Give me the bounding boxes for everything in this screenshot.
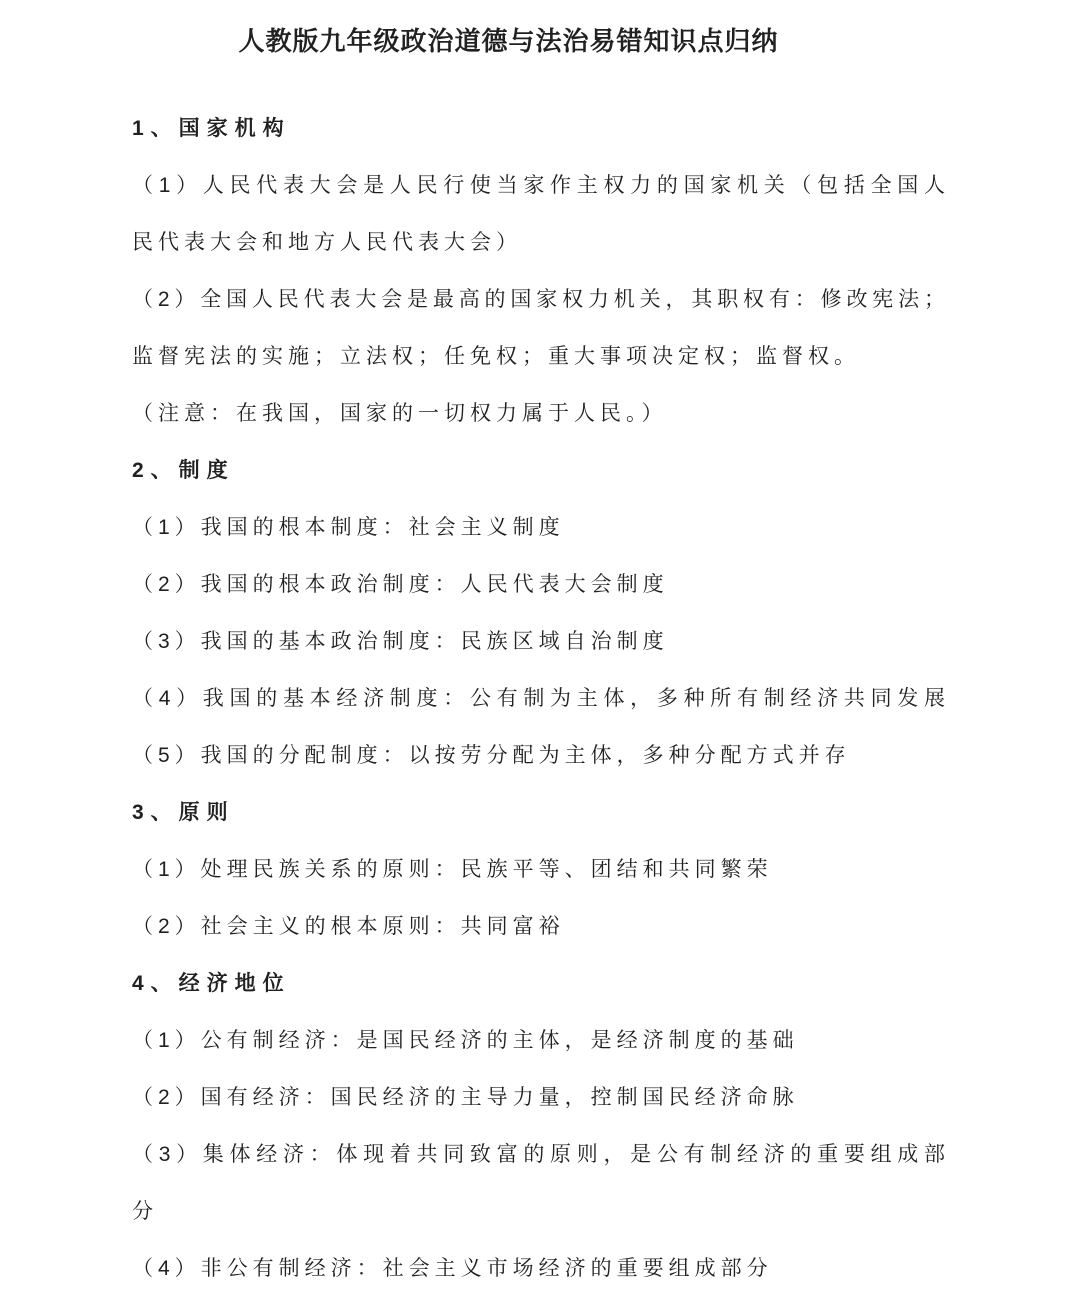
- doc-body: 1、国家机构 （1）人民代表大会是人民行使当家作主权力的国家机关（包括全国人 民…: [132, 100, 947, 1296]
- doc-line: （2）国有经济：国民经济的主导力量，控制国民经济命脉: [132, 1069, 947, 1126]
- document-page: 人教版九年级政治道德与法治易错知识点归纳 1、国家机构 （1）人民代表大会是人民…: [0, 0, 1079, 1296]
- doc-line: （1）我国的根本制度：社会主义制度: [132, 499, 947, 556]
- doc-line: 监督宪法的实施；立法权；任免权；重大事项决定权；监督权。: [132, 328, 947, 385]
- section-heading-2: 2、制度: [132, 442, 947, 499]
- doc-line: （2）社会主义的根本原则：共同富裕: [132, 898, 947, 955]
- doc-line: （1）处理民族关系的原则：民族平等、团结和共同繁荣: [132, 841, 947, 898]
- doc-line: （4）我国的基本经济制度：公有制为主体，多种所有制经济共同发展: [132, 670, 947, 727]
- doc-line: （1）人民代表大会是人民行使当家作主权力的国家机关（包括全国人: [132, 157, 947, 214]
- doc-line: （2）我国的根本政治制度：人民代表大会制度: [132, 556, 947, 613]
- doc-line: 民代表大会和地方人民代表大会）: [132, 214, 947, 271]
- doc-line: 分: [132, 1183, 947, 1240]
- section-heading-3: 3、原则: [132, 784, 947, 841]
- section-heading-1: 1、国家机构: [132, 100, 947, 157]
- doc-line: （3）集体经济：体现着共同致富的原则，是公有制经济的重要组成部: [132, 1126, 947, 1183]
- doc-line: （2）全国人民代表大会是最高的国家权力机关，其职权有：修改宪法；: [132, 271, 947, 328]
- doc-line: （1）公有制经济：是国民经济的主体，是经济制度的基础: [132, 1012, 947, 1069]
- doc-line: （4）非公有制经济：社会主义市场经济的重要组成部分: [132, 1240, 947, 1296]
- section-heading-4: 4、经济地位: [132, 955, 947, 1012]
- doc-line: （注意：在我国，国家的一切权力属于人民。）: [132, 385, 947, 442]
- doc-line: （5）我国的分配制度：以按劳分配为主体，多种分配方式并存: [132, 727, 947, 784]
- doc-title: 人教版九年级政治道德与法治易错知识点归纳: [0, 17, 1017, 65]
- doc-line: （3）我国的基本政治制度：民族区域自治制度: [132, 613, 947, 670]
